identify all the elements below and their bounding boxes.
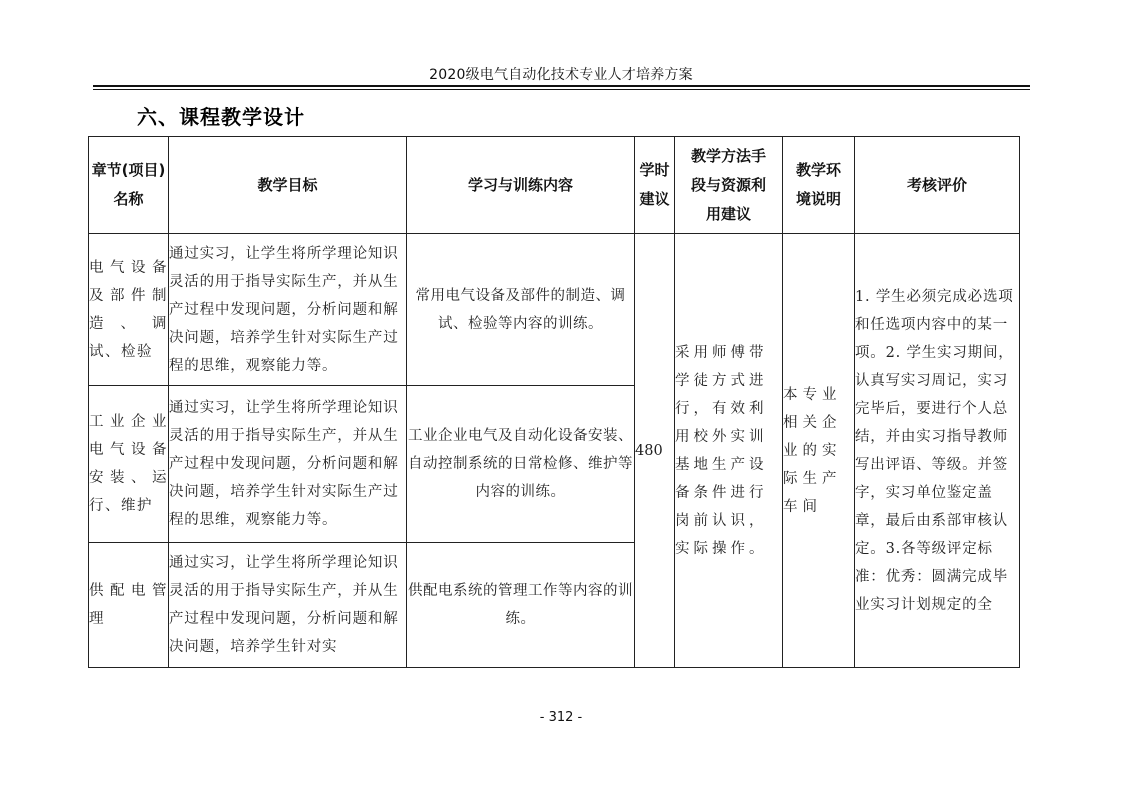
objective-cell: 通过实习，让学生将所学理论知识灵活的用于指导实际生产，并从生产过程中发现问题，分… <box>169 234 407 386</box>
header-content: 学习与训练内容 <box>407 137 635 234</box>
content-cell: 工业企业电气及自动化设备安装、自动控制系统的日常检修、维护等内容的训练。 <box>407 386 635 543</box>
content-cell: 供配电系统的管理工作等内容的训练。 <box>407 543 635 668</box>
objective-cell: 通过实习，让学生将所学理论知识灵活的用于指导实际生产，并从生产过程中发现问题，分… <box>169 386 407 543</box>
chapter-cell: 工业企业电气设备安装、运行、维护 <box>89 386 169 543</box>
environment-cell: 本专业相关企业的实际生产车间 <box>783 234 855 668</box>
content-cell: 常用电气设备及部件的制造、调试、检验等内容的训练。 <box>407 234 635 386</box>
header-hours: 学时建议 <box>635 137 675 234</box>
header-method: 教学方法手段与资源利用建议 <box>675 137 783 234</box>
assessment-cell: 1. 学生必须完成必选项和任选项内容中的某一项。2. 学生实习期间，认真写实习周… <box>855 234 1020 668</box>
page-number: - 312 - <box>0 710 1122 725</box>
running-header: 2020级电气自动化技术专业人才培养方案 <box>0 64 1122 84</box>
section-title: 六、课程教学设计 <box>137 101 305 130</box>
table-header-row: 章节(项目)名称 教学目标 学习与训练内容 学时建议 教学方法手段与资源利用建议… <box>89 137 1020 234</box>
hours-cell: 480 <box>635 234 675 668</box>
objective-cell: 通过实习，让学生将所学理论知识灵活的用于指导实际生产，并从生产过程中发现问题，分… <box>169 543 407 668</box>
header-environment: 教学环境说明 <box>783 137 855 234</box>
table-row: 电气设备及部件制造、调试、检验 通过实习，让学生将所学理论知识灵活的用于指导实际… <box>89 234 1020 386</box>
header-assessment: 考核评价 <box>855 137 1020 234</box>
chapter-cell: 供配电管理 <box>89 543 169 668</box>
method-cell: 采用师傅带学徒方式进行，有效利用校外实训基地生产设备条件进行岗前认识，实际操作。 <box>675 234 783 668</box>
header-objective: 教学目标 <box>169 137 407 234</box>
course-design-table: 章节(项目)名称 教学目标 学习与训练内容 学时建议 教学方法手段与资源利用建议… <box>88 136 1020 668</box>
header-double-rule <box>93 85 1030 90</box>
header-chapter: 章节(项目)名称 <box>89 137 169 234</box>
chapter-cell: 电气设备及部件制造、调试、检验 <box>89 234 169 386</box>
